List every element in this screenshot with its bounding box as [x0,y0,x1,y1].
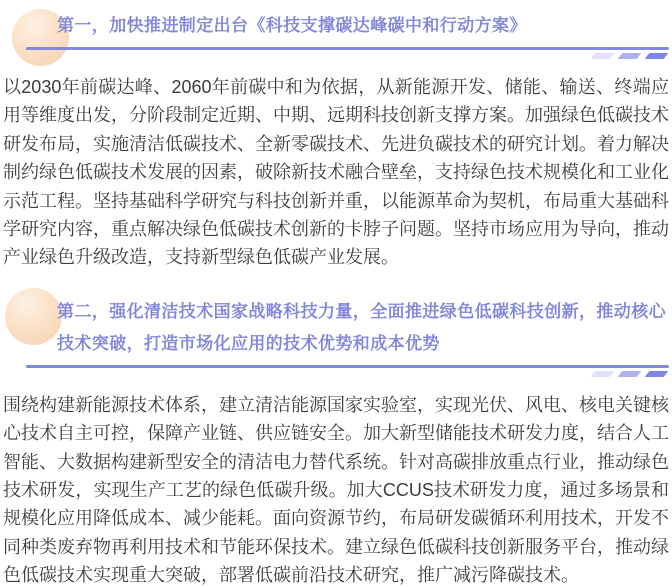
stripe-dark [645,371,669,377]
section-2-title: 第二，强化清洁技术国家战略科技力量，全面推进绿色低碳科技创新，推动核心技术突破，… [0,286,672,360]
article-page: 第一，加快推进制定出台《科技支撑碳达峰碳中和行动方案》 以2030年前碳达峰、2… [0,0,672,587]
section-1: 第一，加快推进制定出台《科技支撑碳达峰碳中和行动方案》 以2030年前碳达峰、2… [0,0,672,272]
section-1-title: 第一，加快推进制定出台《科技支撑碳达峰碳中和行动方案》 [0,0,672,42]
stripe-medium [618,371,642,377]
header-rule [26,47,669,50]
header-rule [26,365,669,368]
section-2-paragraph: 围绕构建新能源技术体系，建立清洁能源国家实验室，实现光伏、风电、核电关键核心技术… [0,391,672,587]
section-2: 第二，强化清洁技术国家战略科技力量，全面推进绿色低碳科技创新，推动核心技术突破，… [0,286,672,587]
section-1-paragraph: 以2030年前碳达峰、2060年前碳中和为依据，从新能源开发、储能、输送、终端应… [0,73,672,272]
diagonal-stripes-decoration [0,53,672,59]
stripe-dark [645,53,669,59]
section-1-header: 第一，加快推进制定出台《科技支撑碳达峰碳中和行动方案》 [0,0,672,59]
stripe-light [591,53,615,59]
stripe-light [591,371,615,377]
section-2-header: 第二，强化清洁技术国家战略科技力量，全面推进绿色低碳科技创新，推动核心技术突破，… [0,286,672,377]
diagonal-stripes-decoration [0,371,672,377]
stripe-medium [618,53,642,59]
